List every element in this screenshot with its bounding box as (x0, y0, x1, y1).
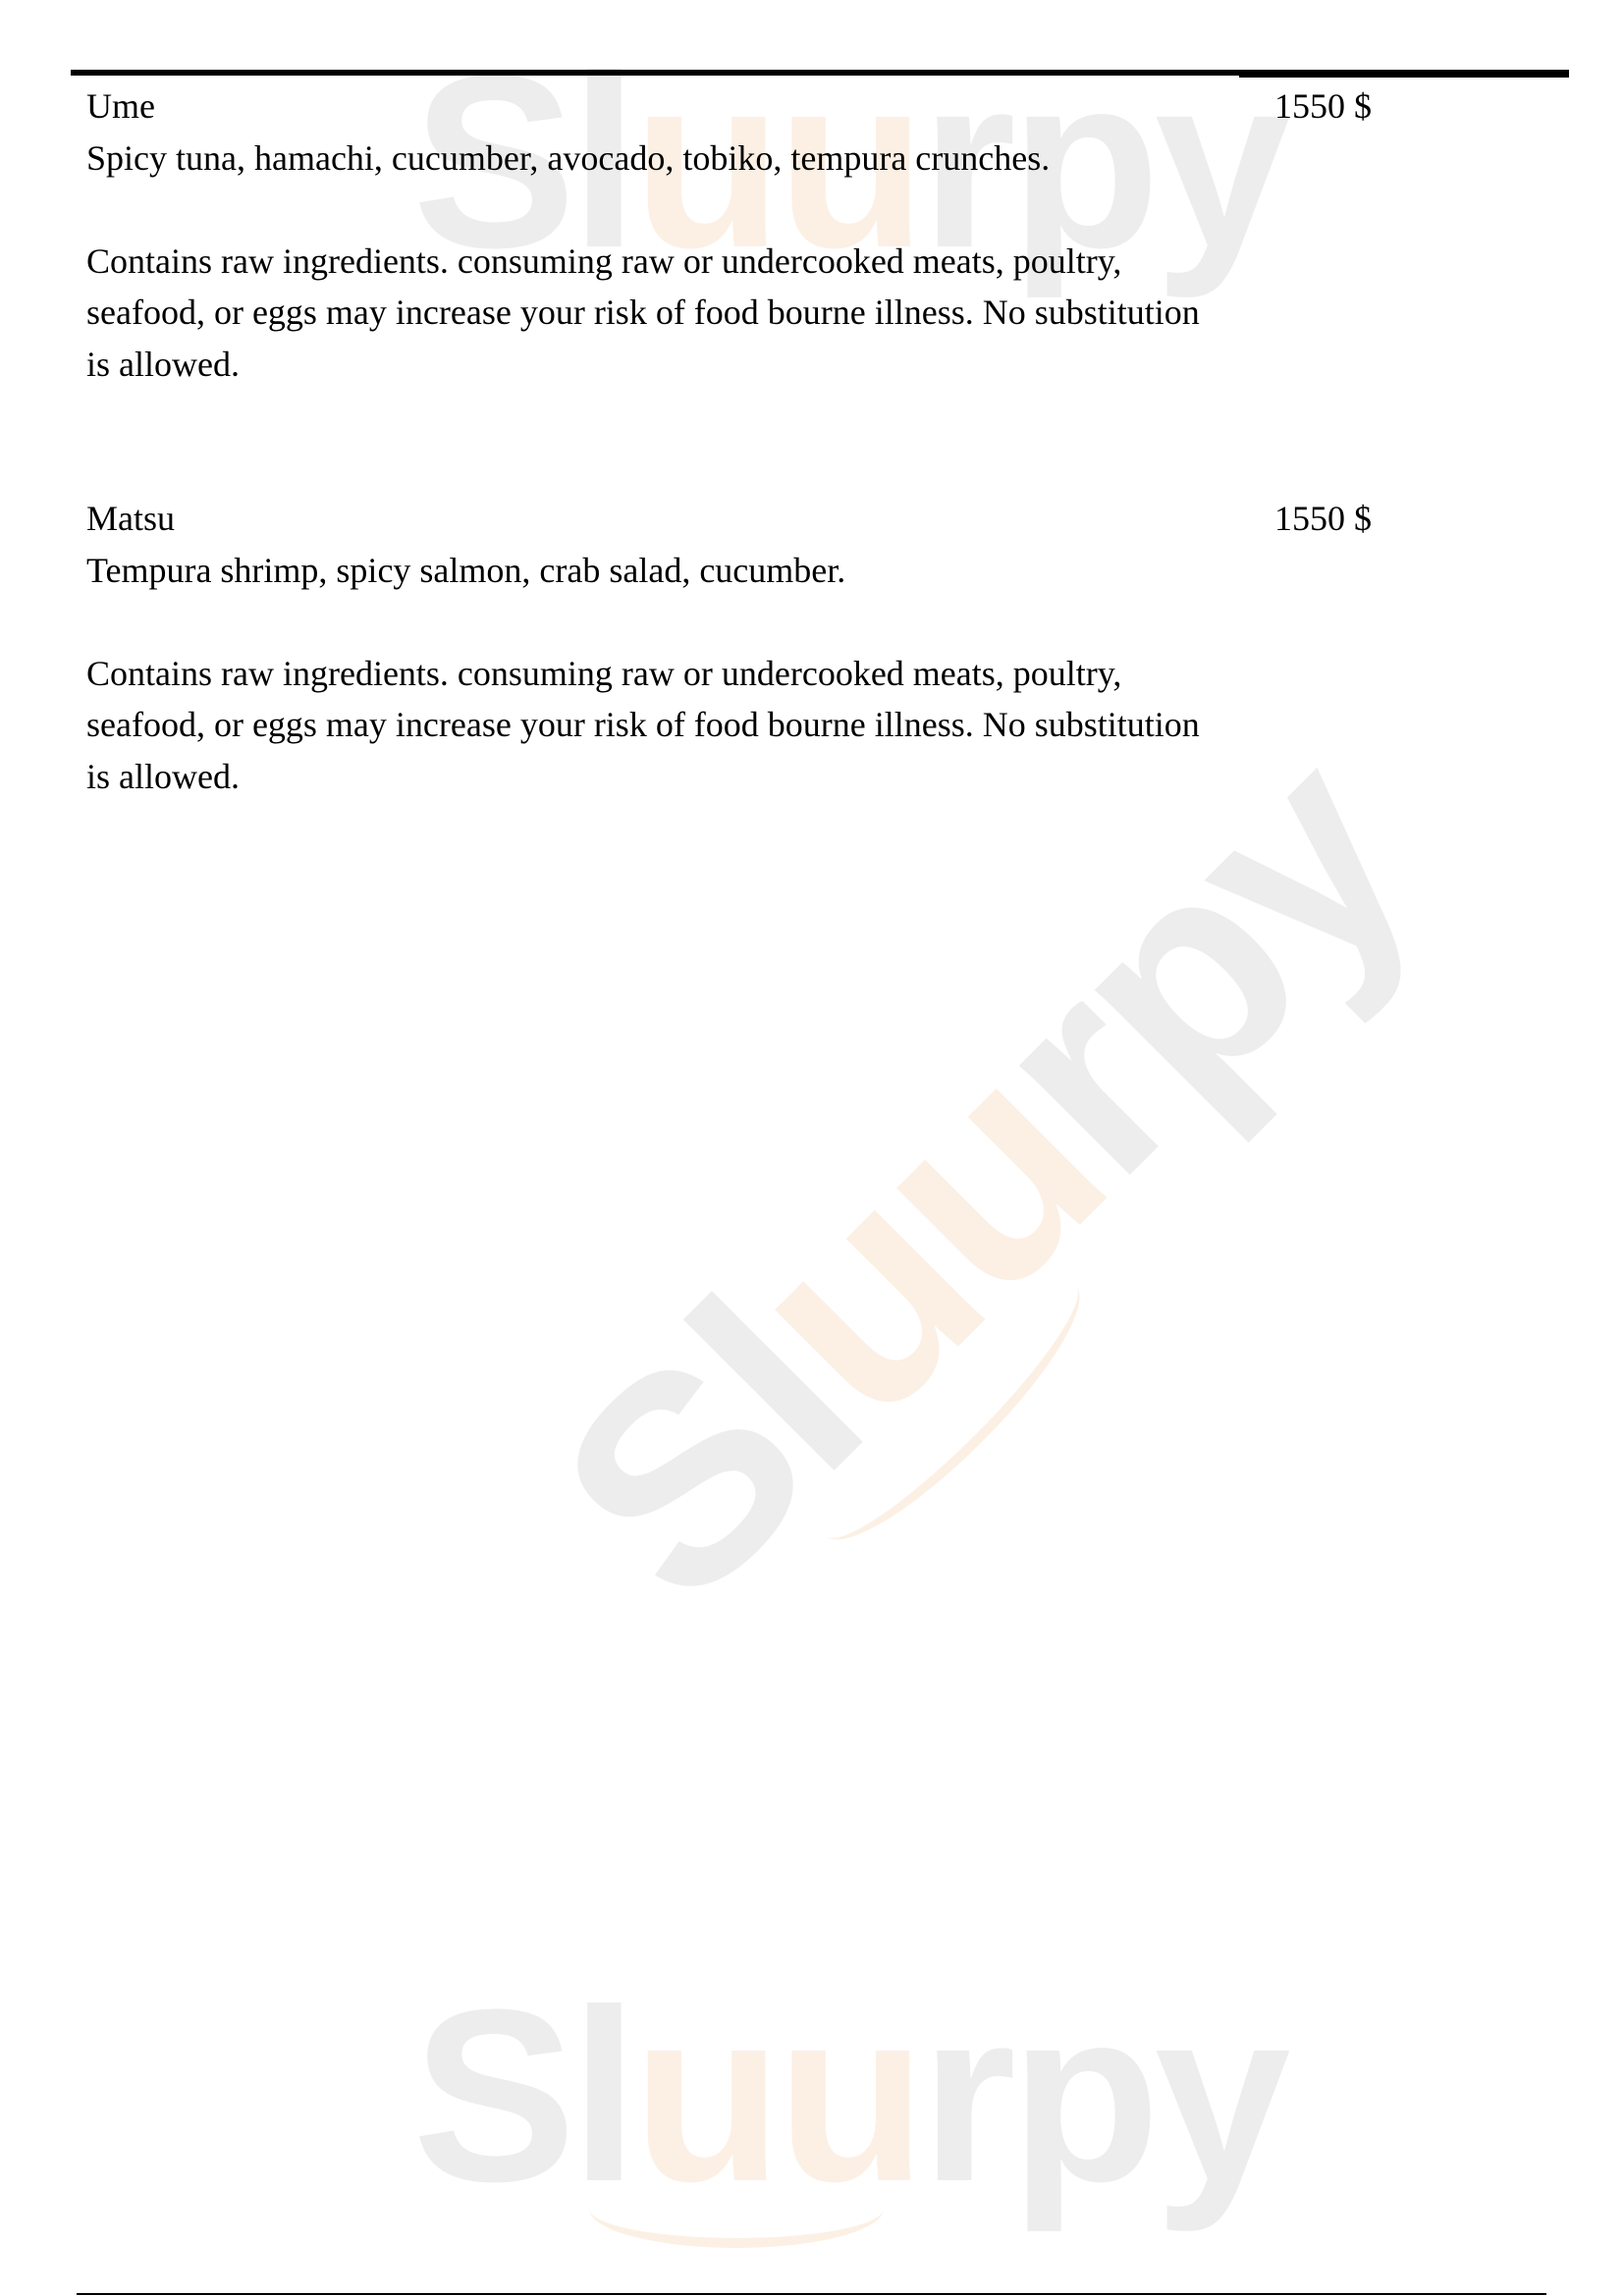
top-rule-divider-right (1239, 70, 1569, 78)
menu-item-allergy-note: Contains raw ingredients. consuming raw … (86, 648, 1216, 803)
menu-item-matsu: Matsu 1550 $ Tempura shrimp, spicy salmo… (86, 493, 1559, 802)
menu-list: Ume 1550 $ Spicy tuna, hamachi, cucumber… (86, 80, 1559, 802)
watermark-swoosh-icon (794, 1255, 1107, 1567)
watermark-swoosh-icon (589, 2169, 884, 2248)
menu-item-price: 1550 $ (1274, 80, 1372, 133)
watermark-text-rpy: rpy (921, 1958, 1285, 2232)
menu-item-price: 1550 $ (1274, 493, 1372, 545)
watermark-text-sl: Sl (412, 1958, 632, 2232)
menu-item-description: Tempura shrimp, spicy salmon, crab salad… (86, 545, 1559, 597)
watermark-text-uu: uu (632, 1958, 920, 2232)
menu-item-allergy-note: Contains raw ingredients. consuming raw … (86, 236, 1216, 391)
sluurpy-watermark-bottom: Sluurpy (412, 1973, 1285, 2218)
sluurpy-watermark-middle: Sluurpy (510, 706, 1454, 1650)
menu-item-description: Spicy tuna, hamachi, cucumber, avocado, … (86, 133, 1559, 185)
watermark-text-sl: Sl (498, 1244, 917, 1663)
watermark-text-uu: uu (683, 1000, 1160, 1476)
top-rule-divider (71, 70, 1239, 76)
menu-item-ume: Ume 1550 $ Spicy tuna, hamachi, cucumber… (86, 80, 1559, 390)
bottom-rule-divider (77, 2293, 1546, 2295)
